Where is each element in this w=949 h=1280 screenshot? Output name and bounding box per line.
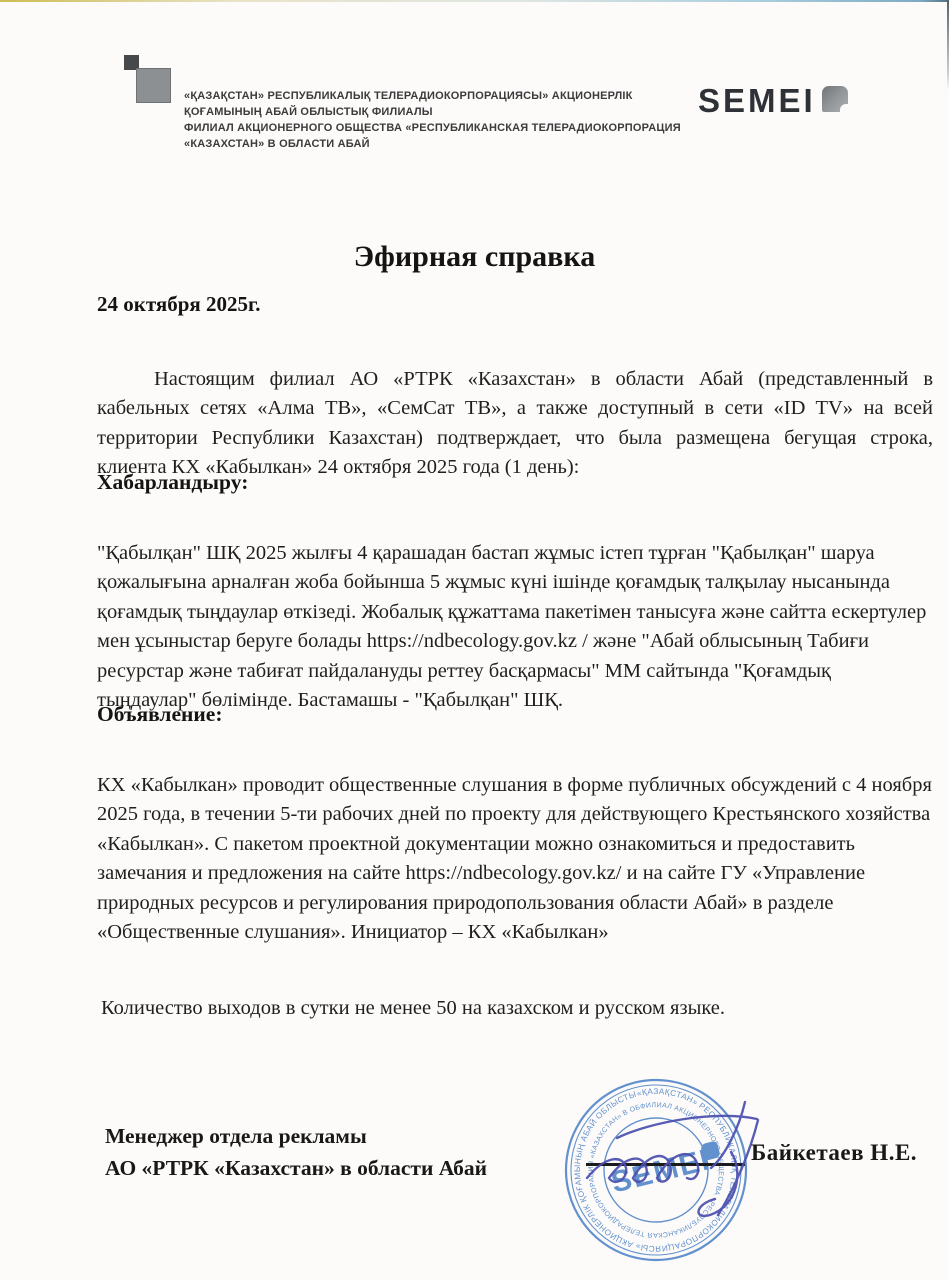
semei-logo-text: SEMEI	[698, 82, 816, 120]
stamp-center-text: SEMEI	[608, 1143, 714, 1199]
intro-paragraph: Настоящим филиал АО «РТРК «Казахстан» в …	[97, 365, 933, 483]
position-line: Менеджер отдела рекламы	[105, 1120, 487, 1152]
broadcast-frequency-line: Количество выходов в сутки не менее 50 н…	[101, 997, 725, 1020]
organization-header: «ҚАЗАҚСТАН» РЕСПУБЛИКАЛЫҚ ТЕЛЕРАДИОКОРПО…	[184, 88, 704, 152]
official-round-stamp: «ҚАЗАҚСТАН» РЕСПУБЛИКАЛЫҚ ТЕЛЕРАДИОКОРПО…	[558, 1072, 754, 1268]
russian-announcement-paragraph: КХ «Кабылкан» проводит общественные слуш…	[97, 771, 933, 948]
page-title: Эфирная справка	[0, 240, 949, 274]
signature-underline	[586, 1163, 745, 1166]
org-line: ФИЛИАЛ АКЦИОНЕРНОГО ОБЩЕСТВА «РЕСПУБЛИКА…	[184, 120, 704, 136]
signer-name: Байкетаев Н.Е.	[751, 1140, 917, 1166]
logo-big-square	[136, 68, 171, 103]
kazakh-section-heading: Хабарландыру:	[97, 470, 248, 495]
signer-position: Менеджер отдела рекламы АО «РТРК «Казахс…	[105, 1120, 487, 1184]
document-date: 24 октября 2025г.	[97, 292, 260, 317]
org-line: «КАЗАХСТАН» В ОБЛАСТИ АБАЙ	[184, 136, 704, 152]
rtrk-squares-logo	[124, 55, 174, 105]
semei-square-icon	[822, 86, 848, 112]
kazakh-announcement-paragraph: "Қабылқан" ШҚ 2025 жылғы 4 қарашадан бас…	[97, 539, 933, 716]
semei-logo: SEMEI	[698, 82, 848, 120]
russian-section-heading: Объявление:	[97, 702, 223, 727]
scanned-document-page: «ҚАЗАҚСТАН» РЕСПУБЛИКАЛЫҚ ТЕЛЕРАДИОКОРПО…	[0, 0, 949, 1280]
org-line: ҚОҒАМЫНЫҢ АБАЙ ОБЛЫСТЫҚ ФИЛИАЛЫ	[184, 104, 704, 120]
stamp-svg: «ҚАЗАҚСТАН» РЕСПУБЛИКАЛЫҚ ТЕЛЕРАДИОКОРПО…	[558, 1072, 754, 1268]
org-line: «ҚАЗАҚСТАН» РЕСПУБЛИКАЛЫҚ ТЕЛЕРАДИОКОРПО…	[184, 88, 704, 104]
position-line: АО «РТРК «Казахстан» в области Абай	[105, 1152, 487, 1184]
scan-artifact-top	[0, 0, 949, 2]
